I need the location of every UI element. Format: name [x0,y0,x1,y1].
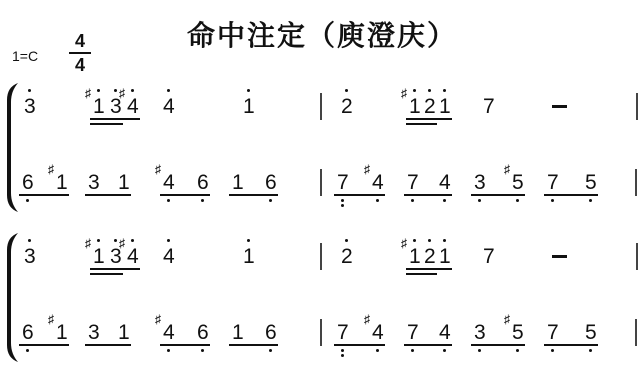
note-digit: 1 [93,246,105,267]
octave-dot-below [341,204,344,207]
octave-dot-below [589,349,592,352]
sharp-icon: ♯ [401,87,407,99]
note-digit: 3 [474,172,486,193]
beam-line [471,344,525,346]
sharp-icon: ♯ [119,87,125,99]
barline [635,319,637,346]
sharp-icon: ♯ [504,163,510,175]
beam-line [160,194,210,196]
octave-dot-above [114,239,117,242]
beam-line [406,273,437,275]
beam-line [406,268,452,270]
sharp-icon: ♯ [85,87,91,99]
octave-dot-above [131,89,134,92]
octave-dot-above [28,239,31,242]
octave-dot-below [167,199,170,202]
note-digit: 7 [483,96,495,117]
octave-dot-below [201,199,204,202]
note-digit: 3 [88,172,100,193]
note-digit: 7 [337,172,349,193]
octave-dot-above [413,239,416,242]
sharp-icon: ♯ [85,237,91,249]
note-digit: 6 [197,322,209,343]
beam-line [19,344,69,346]
note-digit: 4 [163,322,175,343]
octave-dot-below [341,354,344,357]
octave-dot-below [551,199,554,202]
beam-line [85,344,131,346]
octave-dot-below [411,199,414,202]
note-digit: 4 [127,96,139,117]
octave-dot-below [341,199,344,202]
octave-dot-above [413,89,416,92]
note-digit: 7 [547,322,559,343]
sharp-icon: ♯ [155,163,161,175]
beam-line [229,344,278,346]
barline [635,169,637,196]
note-digit: 5 [512,322,524,343]
octave-dot-below [443,199,446,202]
beam-line [90,268,140,270]
octave-dot-above [428,239,431,242]
note-digit: 1 [118,322,130,343]
note-digit: 2 [341,96,353,117]
note-digit: 6 [197,172,209,193]
dash-extension [552,105,567,108]
dash-extension [552,255,567,258]
note-digit: 6 [22,322,34,343]
octave-dot-below [269,199,272,202]
note-digit: 7 [407,172,419,193]
octave-dot-above [97,89,100,92]
octave-dot-below [376,349,379,352]
note-digit: 1 [243,96,255,117]
beam-line [334,194,385,196]
sharp-icon: ♯ [504,313,510,325]
note-digit: 1 [118,172,130,193]
octave-dot-below [478,199,481,202]
barline [320,169,322,196]
note-digit: 4 [127,246,139,267]
octave-dot-above [131,239,134,242]
octave-dot-below [516,199,519,202]
note-digit: 4 [372,322,384,343]
note-digit: 7 [407,322,419,343]
note-digit: 1 [409,96,421,117]
note-digit: 1 [232,172,244,193]
octave-dot-below [443,349,446,352]
octave-dot-below [167,349,170,352]
note-digit: 3 [474,322,486,343]
octave-dot-above [28,89,31,92]
octave-dot-below [478,349,481,352]
note-digit: 4 [439,322,451,343]
octave-dot-below [589,199,592,202]
octave-dot-above [114,89,117,92]
sharp-icon: ♯ [48,313,54,325]
beam-line [406,123,437,125]
note-digit: 6 [265,172,277,193]
octave-dot-below [269,349,272,352]
note-digit: 2 [424,96,436,117]
note-digit: 1 [243,246,255,267]
notation-area: 31♯34♯4121♯21761♯314♯61674♯7435♯7531♯34♯… [0,0,644,369]
octave-dot-above [247,89,250,92]
octave-dot-below [411,349,414,352]
note-digit: 4 [372,172,384,193]
sharp-icon: ♯ [155,313,161,325]
sheet-music-page: 命中注定（庾澄庆） 1=C 4 4 31♯34♯4121♯21761♯314♯6… [0,0,644,369]
note-digit: 7 [547,172,559,193]
note-digit: 1 [232,322,244,343]
note-digit: 5 [512,172,524,193]
octave-dot-above [167,239,170,242]
note-digit: 2 [424,246,436,267]
note-digit: 1 [56,322,68,343]
note-digit: 2 [341,246,353,267]
octave-dot-above [345,239,348,242]
beam-line [90,123,123,125]
note-digit: 4 [163,96,175,117]
beam-line [471,194,525,196]
grand-staff-bracket [4,83,20,212]
note-digit: 4 [163,172,175,193]
octave-dot-above [428,89,431,92]
note-digit: 1 [56,172,68,193]
note-digit: 6 [22,172,34,193]
note-digit: 5 [585,322,597,343]
barline [320,319,322,346]
grand-staff-bracket [4,233,20,362]
beam-line [85,194,131,196]
beam-line [404,194,452,196]
note-digit: 7 [483,246,495,267]
barline [636,243,638,270]
octave-dot-below [201,349,204,352]
beam-line [160,344,210,346]
octave-dot-above [443,239,446,242]
note-digit: 3 [24,246,36,267]
beam-line [334,344,385,346]
octave-dot-above [167,89,170,92]
octave-dot-above [97,239,100,242]
beam-line [406,118,452,120]
barline [320,93,322,120]
beam-line [90,118,140,120]
note-digit: 7 [337,322,349,343]
barline [320,243,322,270]
sharp-icon: ♯ [119,237,125,249]
note-digit: 3 [24,96,36,117]
note-digit: 1 [439,96,451,117]
beam-line [229,194,278,196]
note-digit: 1 [409,246,421,267]
octave-dot-above [443,89,446,92]
barline [636,93,638,120]
note-digit: 4 [439,172,451,193]
sharp-icon: ♯ [48,163,54,175]
octave-dot-below [341,349,344,352]
octave-dot-below [26,199,29,202]
octave-dot-below [551,349,554,352]
octave-dot-below [376,199,379,202]
octave-dot-below [516,349,519,352]
note-digit: 1 [93,96,105,117]
sharp-icon: ♯ [364,313,370,325]
beam-line [19,194,69,196]
octave-dot-below [26,349,29,352]
sharp-icon: ♯ [401,237,407,249]
sharp-icon: ♯ [364,163,370,175]
note-digit: 5 [585,172,597,193]
beam-line [544,344,598,346]
octave-dot-above [345,89,348,92]
note-digit: 4 [163,246,175,267]
beam-line [90,273,123,275]
octave-dot-above [247,239,250,242]
beam-line [544,194,598,196]
beam-line [404,344,452,346]
note-digit: 3 [88,322,100,343]
note-digit: 6 [265,322,277,343]
note-digit: 1 [439,246,451,267]
